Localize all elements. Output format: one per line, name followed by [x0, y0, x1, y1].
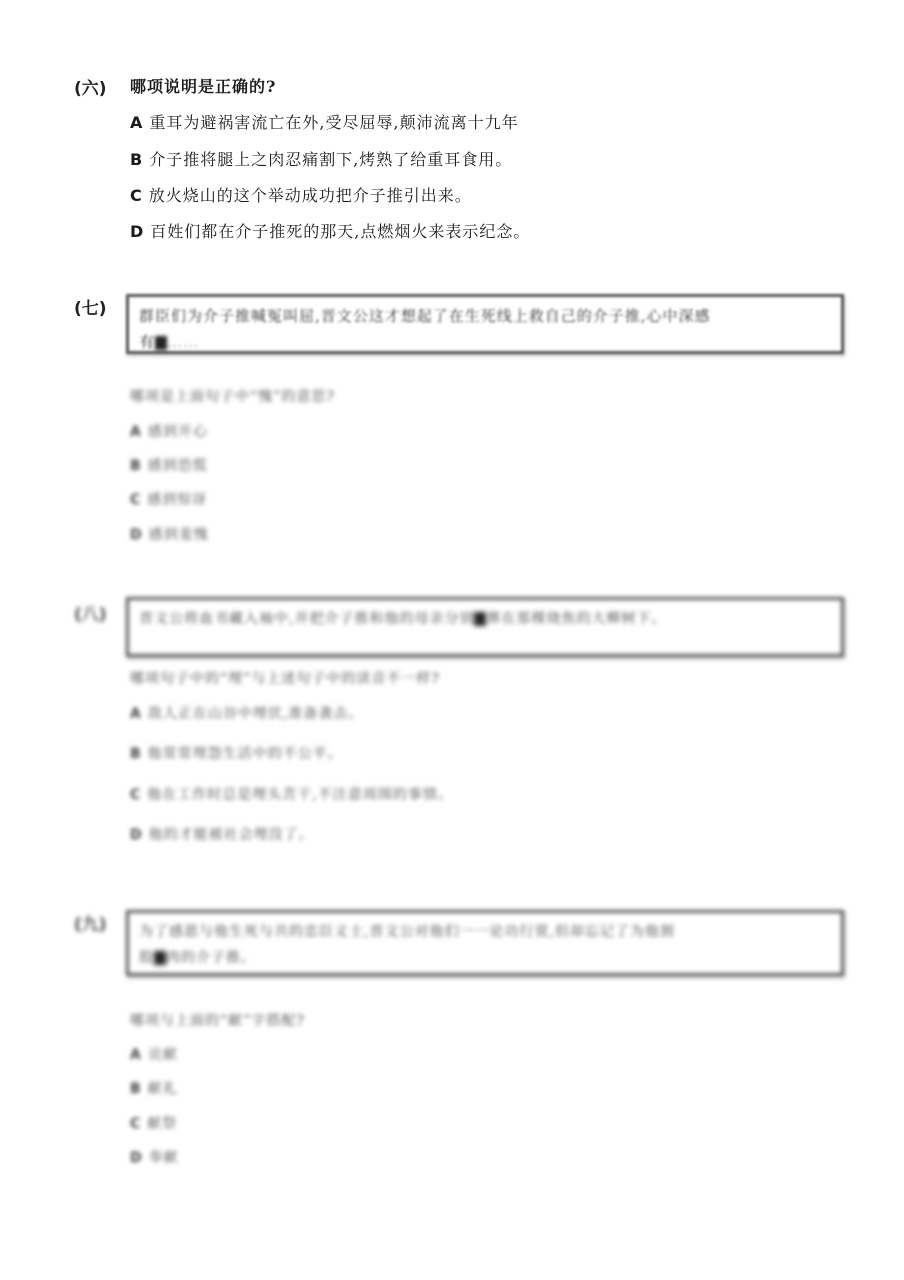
option-text: 奉献 — [149, 1150, 179, 1166]
option-c: C放火烧山的这个举动成功把介子推引出来。 — [130, 183, 472, 206]
question-text: 哪项句子中的“埋”与上述句子中的读音不一样? — [130, 668, 440, 688]
option-b: B献礼 — [130, 1078, 178, 1098]
highlight-mark — [155, 336, 167, 350]
option-letter: D — [130, 222, 144, 241]
option-text: 敌人正在山谷中埋伏,准备袭击。 — [148, 706, 363, 722]
option-a: A感到开心 — [130, 421, 208, 441]
highlight-mark — [154, 951, 166, 965]
option-text: 感到开心 — [148, 424, 208, 440]
question-text: 哪项是上面句子中“愧”的意思? — [130, 386, 335, 406]
option-text: 介子推将腿上之肉忍痛割下,烤熟了给重耳食用。 — [149, 150, 512, 169]
option-letter: B — [130, 1081, 142, 1097]
option-text: 放火烧山的这个举动成功把介子推引出来。 — [149, 186, 472, 205]
option-letter: D — [130, 527, 143, 543]
option-letter: D — [130, 827, 143, 843]
option-text: 感到羞愧 — [149, 527, 209, 543]
option-text: 感到恐慌 — [148, 458, 208, 474]
passage-text: 有 — [139, 333, 155, 351]
option-letter: C — [130, 186, 143, 205]
option-text: 他的才能被社会埋没了。 — [149, 827, 314, 843]
option-letter: A — [130, 1047, 142, 1063]
option-c: C感到惊讶 — [130, 489, 207, 509]
question-number: (九) — [74, 910, 107, 935]
option-text: 重耳为避祸害流亡在外,受尽屈辱,颠沛流离十九年 — [149, 113, 518, 132]
passage-text: 股 — [139, 950, 154, 966]
highlight-mark — [474, 612, 486, 626]
option-text: 感到惊讶 — [147, 492, 207, 508]
option-letter: B — [130, 150, 143, 169]
passage-line: 有…… — [139, 329, 831, 355]
passage-text: 葬在那棵烧焦的大柳树下。 — [486, 611, 666, 627]
option-text: 百姓们都在介子推死的那天,点燃烟火来表示纪念。 — [150, 222, 530, 241]
option-letter: A — [130, 113, 143, 132]
passage-line: 股肉的介子推。 — [139, 945, 831, 971]
option-letter: A — [130, 706, 142, 722]
option-letter: B — [130, 746, 142, 762]
question-text: 哪项说明是正确的? — [130, 74, 276, 97]
option-d: D奉献 — [130, 1147, 179, 1167]
option-text: 献礼 — [148, 1081, 178, 1097]
passage-text: 肉的介子推。 — [166, 950, 256, 966]
option-b: B介子推将腿上之肉忍痛割下,烤熟了给重耳食用。 — [130, 147, 512, 170]
passage-box: 群臣们为介子推喊冤叫屈,晋文公这才想起了在生死线上救自己的介子推,心中深感 有…… — [126, 294, 844, 354]
passage-box: 为了感恩与他生死与共的忠臣义士,晋文公对他们一一论功行赏,但却忘记了为他割 股肉… — [126, 910, 844, 976]
option-text: 他在工作时总是埋头苦干,不注意周围的事情。 — [147, 787, 452, 803]
question-number: (七) — [74, 294, 107, 319]
passage-text: …… — [167, 333, 199, 351]
option-a: A重耳为避祸害流亡在外,受尽屈辱,颠沛流离十九年 — [130, 110, 519, 133]
option-c: C他在工作时总是埋头苦干,不注意周围的事情。 — [130, 784, 453, 804]
question-number: (八) — [74, 600, 107, 625]
passage-box: 晋文公将血书藏入袖中,并把介子推和他的母亲分别葬在那棵烧焦的大柳树下。 — [126, 597, 844, 657]
option-letter: D — [130, 1150, 143, 1166]
option-letter: C — [130, 787, 141, 803]
option-text: 献祭 — [147, 1116, 177, 1132]
option-letter: B — [130, 458, 142, 474]
option-text: 贡献 — [148, 1047, 178, 1063]
option-letter: A — [130, 424, 142, 440]
option-a: A贡献 — [130, 1044, 178, 1064]
passage-line: 群臣们为介子推喊冤叫屈,晋文公这才想起了在生死线上救自己的介子推,心中深感 — [139, 303, 831, 329]
option-d: D百姓们都在介子推死的那天,点燃烟火来表示纪念。 — [130, 219, 530, 242]
passage-line: 为了感恩与他生死与共的忠臣义士,晋文公对他们一一论功行赏,但却忘记了为他割 — [139, 919, 831, 945]
option-c: C献祭 — [130, 1113, 177, 1133]
option-text: 他常常埋怨生活中的不公平。 — [148, 746, 343, 762]
option-letter: C — [130, 1116, 141, 1132]
passage-text: 晋文公将血书藏入袖中,并把介子推和他的母亲分别 — [139, 611, 474, 627]
option-b: B他常常埋怨生活中的不公平。 — [130, 743, 343, 763]
option-d: D感到羞愧 — [130, 524, 209, 544]
option-b: B感到恐慌 — [130, 455, 208, 475]
option-letter: C — [130, 492, 141, 508]
question-number: (六) — [74, 74, 107, 99]
option-d: D他的才能被社会埋没了。 — [130, 824, 314, 844]
question-text: 哪项与上面的“献”字搭配? — [130, 1010, 305, 1030]
option-a: A敌人正在山谷中埋伏,准备袭击。 — [130, 703, 363, 723]
